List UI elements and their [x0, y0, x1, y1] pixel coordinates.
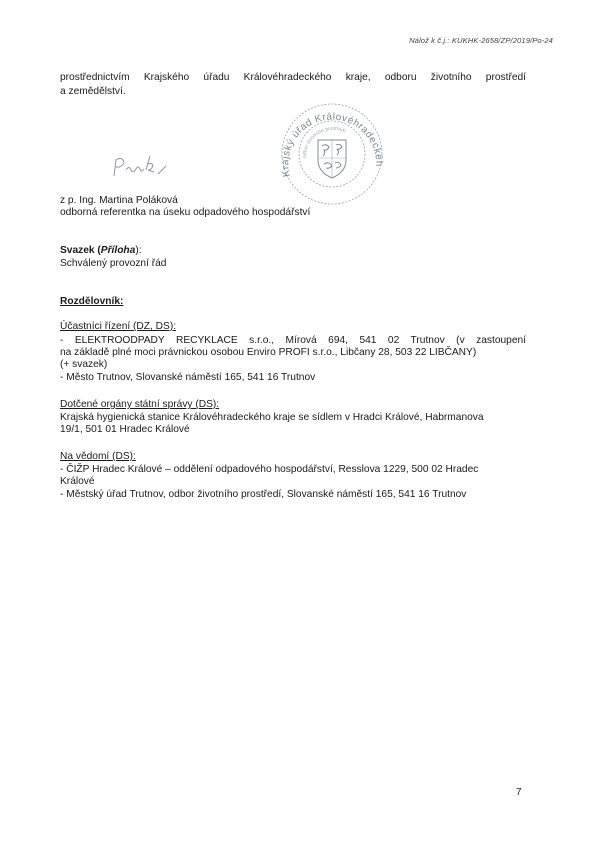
section-heading-participants: Účastníci řízení (DZ, DS):	[60, 321, 176, 333]
attachment-value: Schválený provozní řád	[60, 258, 166, 270]
intro-line-2: a zemědělství.	[60, 86, 126, 98]
official-stamp-icon: Krajský úřad Královéhradeckého kraje odb…	[268, 98, 396, 208]
stamp-outer-text: Krajský úřad Královéhradeckého kraje	[268, 98, 384, 178]
info-line: - ČIŽP Hradec Králové – oddělení odpadov…	[60, 464, 478, 476]
document-page: Nálož k č.j.: KUKHK-2658/ZP/2019/Po-24 p…	[0, 0, 595, 842]
signatory-name: z p. Ing. Martina Poláková	[60, 195, 178, 207]
page-number: 7	[516, 787, 522, 798]
attachment-label-italic: Příloha	[101, 245, 136, 256]
signature-icon	[108, 150, 178, 184]
participant-line: na základě plné moci právnickou osobou E…	[60, 347, 476, 359]
svg-text:Krajský úřad Královéhradeckého: Krajský úřad Královéhradeckého kraje	[268, 98, 384, 178]
document-reference: Nálož k č.j.: KUKHK-2658/ZP/2019/Po-24	[409, 36, 553, 45]
signatory-role: odborná referentka na úseku odpadového h…	[60, 207, 310, 219]
authority-line: 19/1, 501 01 Hradec Králové	[60, 424, 190, 436]
participant-line: - Město Trutnov, Slovanské náměstí 165, …	[60, 372, 315, 384]
section-heading-authorities: Dotčené orgány státní správy (DS):	[60, 399, 219, 411]
participant-line: - ELEKTROODPADY RECYKLACE s.r.o., Mírová…	[60, 335, 526, 347]
intro-line-1: prostřednictvím Krajského úřadu Královéh…	[60, 72, 526, 84]
authority-line: Krajská hygienická stanice Královéhradec…	[60, 412, 484, 424]
info-line: - Městský úřad Trutnov, odbor životního …	[60, 489, 466, 501]
info-line: Králové	[60, 476, 95, 488]
attachment-label: Svazek (Příloha):	[60, 245, 142, 257]
distribution-title: Rozdělovník:	[60, 296, 123, 308]
participant-line: (+ svazek)	[60, 359, 107, 371]
section-heading-for-information: Na vědomí (DS):	[60, 451, 136, 463]
